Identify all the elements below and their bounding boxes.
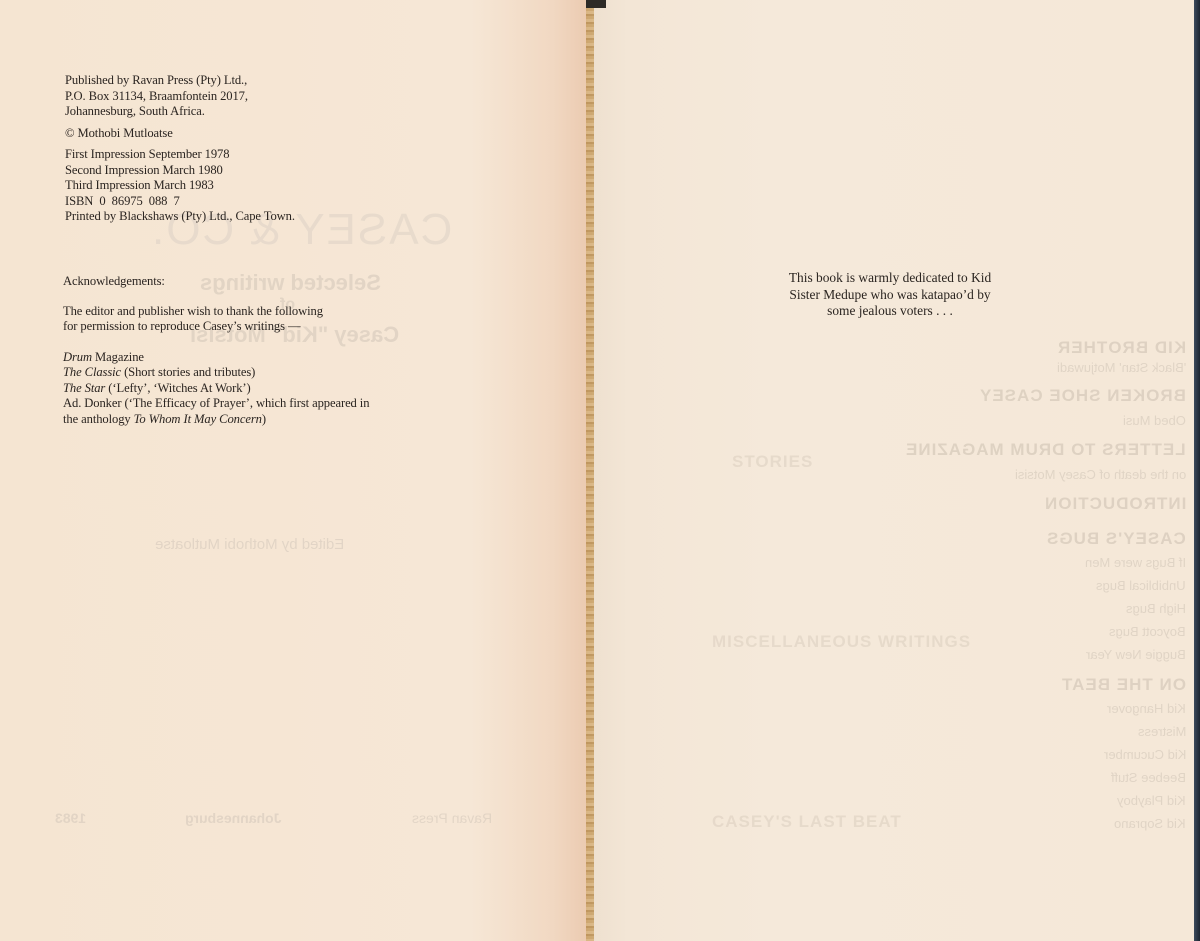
publisher-line: Johannesburg, South Africa. xyxy=(65,104,295,120)
source-item: The Star (‘Lefty’, ‘Witches At Work’) xyxy=(63,381,369,397)
dedication-line: This book is warmly dedicated to Kid xyxy=(740,270,1040,287)
showthrough-toc-item: Kid Playboy xyxy=(1117,793,1186,808)
showthrough-toc-item: 'Black Stan' Motjuwadi xyxy=(1057,360,1186,375)
printer-line: Printed by Blackshaws (Pty) Ltd., Cape T… xyxy=(65,209,295,225)
publisher-line: Published by Ravan Press (Pty) Ltd., xyxy=(65,73,295,89)
showthrough-toc-item: Buggie New Year xyxy=(1086,647,1186,662)
copyright-line: © Mothobi Mutloatse xyxy=(65,126,295,142)
showthrough-faint-heading: MISCELLANEOUS WRITINGS xyxy=(712,632,971,652)
showthrough-imprint-press: Ravan Press xyxy=(412,810,492,826)
dedication: This book is warmly dedicated to Kid Sis… xyxy=(740,270,1040,320)
book-spread: CASEY & CO. Selected writings of Casey "… xyxy=(0,0,1200,941)
source-item: The Classic (Short stories and tributes) xyxy=(63,365,369,381)
right-page: KID BROTHER 'Black Stan' Motjuwadi BROKE… xyxy=(592,0,1194,941)
showthrough-toc-item: Kid Cucumber xyxy=(1104,747,1186,762)
showthrough-toc-item: Obed Musi xyxy=(1123,413,1186,428)
showthrough-imprint-year: 1983 xyxy=(55,810,86,826)
showthrough-toc-item: Beebee Stuff xyxy=(1111,770,1186,785)
dedication-line: Sister Medupe who was katapao’d by xyxy=(740,287,1040,304)
publisher-line: P.O. Box 31134, Braamfontein 2017, xyxy=(65,89,295,105)
book-gutter xyxy=(586,0,594,941)
showthrough-toc-item: If Bugs were Men xyxy=(1085,555,1186,570)
acknowledgements-block: Acknowledgements: The editor and publish… xyxy=(63,274,369,427)
showthrough-toc-heading: INTRODUCTION xyxy=(1044,494,1186,514)
impression-line: Second Impression March 1980 xyxy=(65,163,295,179)
left-page: CASEY & CO. Selected writings of Casey "… xyxy=(0,0,588,941)
acknowledgements-intro: for permission to reproduce Casey’s writ… xyxy=(63,319,369,335)
cover-edge xyxy=(1194,0,1200,941)
showthrough-toc-heading: LETTERS TO DRUM MAGAZINE xyxy=(905,440,1186,460)
publisher-block: Published by Ravan Press (Pty) Ltd., P.O… xyxy=(65,73,295,225)
showthrough-toc-item: Boycott Bugs xyxy=(1109,624,1186,639)
showthrough-toc-item: High Bugs xyxy=(1126,601,1186,616)
showthrough-editor: Edited by Mothobi Mutloatse xyxy=(155,536,344,553)
showthrough-imprint-city: Johannesburg xyxy=(185,810,281,826)
source-item: the anthology To Whom It May Concern) xyxy=(63,412,369,428)
showthrough-faint-heading: CASEY'S LAST BEAT xyxy=(712,812,902,832)
source-item: Drum Magazine xyxy=(63,350,369,366)
dedication-line: some jealous voters . . . xyxy=(740,303,1040,320)
showthrough-faint-heading: STORIES xyxy=(732,452,813,472)
showthrough-toc-heading: CASEY'S BUGS xyxy=(1046,529,1186,549)
source-item: Ad. Donker (‘The Efficacy of Prayer’, wh… xyxy=(63,396,369,412)
showthrough-toc-item: Kid Soprano xyxy=(1114,816,1186,831)
impression-line: Third Impression March 1983 xyxy=(65,178,295,194)
isbn-line: ISBN 0 86975 088 7 xyxy=(65,194,295,210)
showthrough-toc-item: Mistress xyxy=(1138,724,1186,739)
showthrough-toc-item: Kid Hangover xyxy=(1107,701,1186,716)
acknowledgements-heading: Acknowledgements: xyxy=(63,274,369,290)
acknowledgements-intro: The editor and publisher wish to thank t… xyxy=(63,304,369,320)
showthrough-toc-item: Unbiblical Bugs xyxy=(1096,578,1186,593)
impression-line: First Impression September 1978 xyxy=(65,147,295,163)
showthrough-toc-item: on the death of Casey Motsisi xyxy=(1015,467,1186,482)
gutter-shadow xyxy=(586,0,606,8)
showthrough-toc-heading: ON THE BEAT xyxy=(1061,675,1186,695)
showthrough-toc-heading: BROKEN SHOE CASEY xyxy=(979,386,1186,406)
showthrough-toc-heading: KID BROTHER xyxy=(1057,338,1186,358)
